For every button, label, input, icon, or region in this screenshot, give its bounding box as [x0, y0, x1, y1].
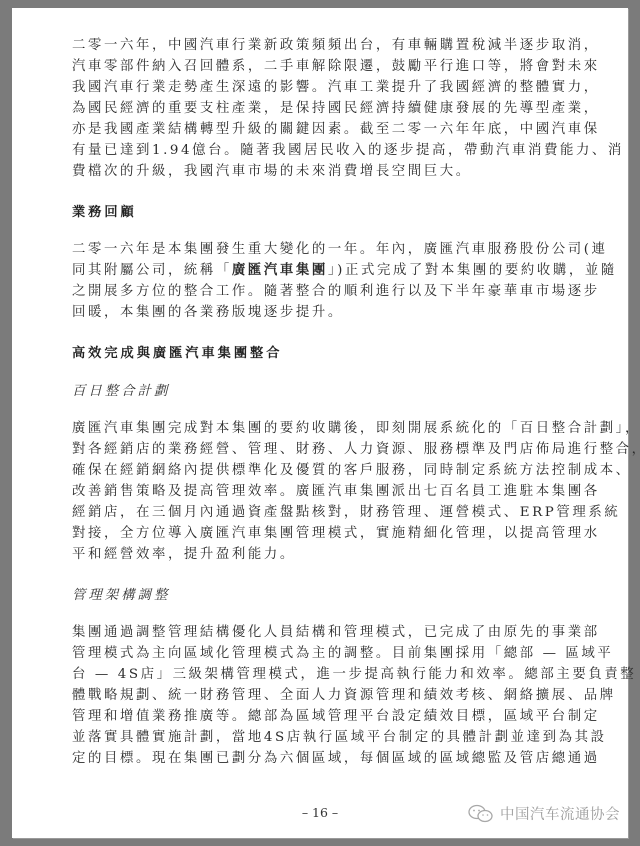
section-heading-integration: 高效完成與廣匯汽車集團整合 — [72, 342, 568, 361]
document-page: 二零一六年，中國汽車行業新政策頻頻出台，有車輛購置稅減半逐步取消， 汽車零部件納… — [12, 8, 628, 838]
text-line: 管理和增值業務推廣等。總部為區域管理平台設定績效目標，區域平台制定 — [72, 706, 568, 727]
text-line: 我國汽車行業走勢產生深遠的影響。汽車工業提升了我國經濟的整體實力， — [72, 77, 568, 98]
text-line: 之開展多方位的整合工作。隨著整合的順利進行以及下半年豪華車市場逐步 — [72, 281, 568, 302]
page-content: 二零一六年，中國汽車行業新政策頻頻出台，有車輛購置稅減半逐步取消， 汽車零部件納… — [72, 35, 568, 769]
wechat-icon — [468, 804, 494, 824]
text-line: 有量已達到1.94億台。隨著我國居民收入的逐步提高，帶動汽車消費能力、消 — [72, 140, 568, 161]
intro-paragraph: 二零一六年，中國汽車行業新政策頻頻出台，有車輛購置稅減半逐步取消， 汽車零部件納… — [72, 35, 568, 182]
text-fragment: 」)正式完成了對本集團的要約收購，並隨 — [328, 263, 617, 278]
text-line: 確保在經銷網絡內提供標準化及優質的客戶服務，同時制定系統方法控制成本、 — [72, 460, 568, 481]
management-structure-paragraph: 集團通過調整管理結構優化人員結構和管理模式，已完成了由原先的事業部 管理模式為主… — [72, 622, 568, 769]
subheading-management-structure: 管理架構調整 — [72, 584, 568, 603]
text-line: 定的目標。現在集團已劃分為六個區域，每個區域的區域總監及管店總通過 — [72, 748, 568, 769]
text-line: 汽車零部件納入召回體系，二手車解除限遷，鼓勵平行進口等，將會對未來 — [72, 56, 568, 77]
text-line: 回暖，本集團的各業務版塊逐步提升。 — [72, 302, 568, 323]
text-line: 對各經銷店的業務經營、管理、財務、人力資源、服務標準及門店佈局進行整合， — [72, 439, 568, 460]
text-line: 集團通過調整管理結構優化人員結構和管理模式，已完成了由原先的事業部 — [72, 622, 568, 643]
watermark-text: 中国汽车流通协会 — [500, 803, 620, 824]
business-review-paragraph: 二零一六年是本集團發生重大變化的一年。年內，廣匯汽車服務股份公司(連 同其附屬公… — [72, 239, 568, 323]
section-heading-business-review: 業務回顧 — [72, 201, 568, 220]
text-line: 體戰略規劃、統一財務管理、全面人力資源管理和績效考核、網絡擴展、品牌 — [72, 685, 568, 706]
text-line: 並落實具體實施計劃，當地4S店執行區域平台制定的具體計劃並達到為其設 — [72, 727, 568, 748]
watermark: 中国汽车流通协会 — [468, 803, 620, 824]
text-line: 亦是我國產業結構轉型升級的關鍵因素。截至二零一六年年底，中國汽車保 — [72, 119, 568, 140]
text-line: 經銷店，在三個月內通過資產盤點核對，財務管理、運營模式、ERP管理系統 — [72, 502, 568, 523]
text-line: 對接，全方位導入廣匯汽車集團管理模式，實施精細化管理，以提高管理水 — [72, 523, 568, 544]
company-name-bold: 廣匯汽車集團 — [232, 263, 328, 278]
text-line: 平和經營效率，提升盈利能力。 — [72, 544, 568, 565]
text-line: 二零一六年是本集團發生重大變化的一年。年內，廣匯汽車服務股份公司(連 — [72, 239, 568, 260]
text-fragment: 同其附屬公司，統稱「 — [72, 263, 232, 278]
text-line: 費檔次的升級，我國汽車市場的未來消費增長空間巨大。 — [72, 161, 568, 182]
text-line: 廣匯汽車集團完成對本集團的要約收購後，即刻開展系統化的「百日整合計劃」， — [72, 418, 568, 439]
text-line: 改善銷售策略及提高管理效率。廣匯汽車集團派出七百名員工進駐本集團各 — [72, 481, 568, 502]
text-line: 為國民經濟的重要支柱產業，是保持國民經濟持續健康發展的先導型產業， — [72, 98, 568, 119]
text-line: 同其附屬公司，統稱「廣匯汽車集團」)正式完成了對本集團的要約收購，並隨 — [72, 260, 568, 281]
100-day-plan-paragraph: 廣匯汽車集團完成對本集團的要約收購後，即刻開展系統化的「百日整合計劃」， 對各經… — [72, 418, 568, 565]
text-line: 台 — 4S店」三級架構管理模式，進一步提高執行能力和效率。總部主要負責整 — [72, 664, 568, 685]
subheading-100-day-plan: 百日整合計劃 — [72, 380, 568, 399]
text-line: 二零一六年，中國汽車行業新政策頻頻出台，有車輛購置稅減半逐步取消， — [72, 35, 568, 56]
text-line: 管理模式為主向區域化管理模式為主的調整。目前集團採用「總部 — 區域平 — [72, 643, 568, 664]
